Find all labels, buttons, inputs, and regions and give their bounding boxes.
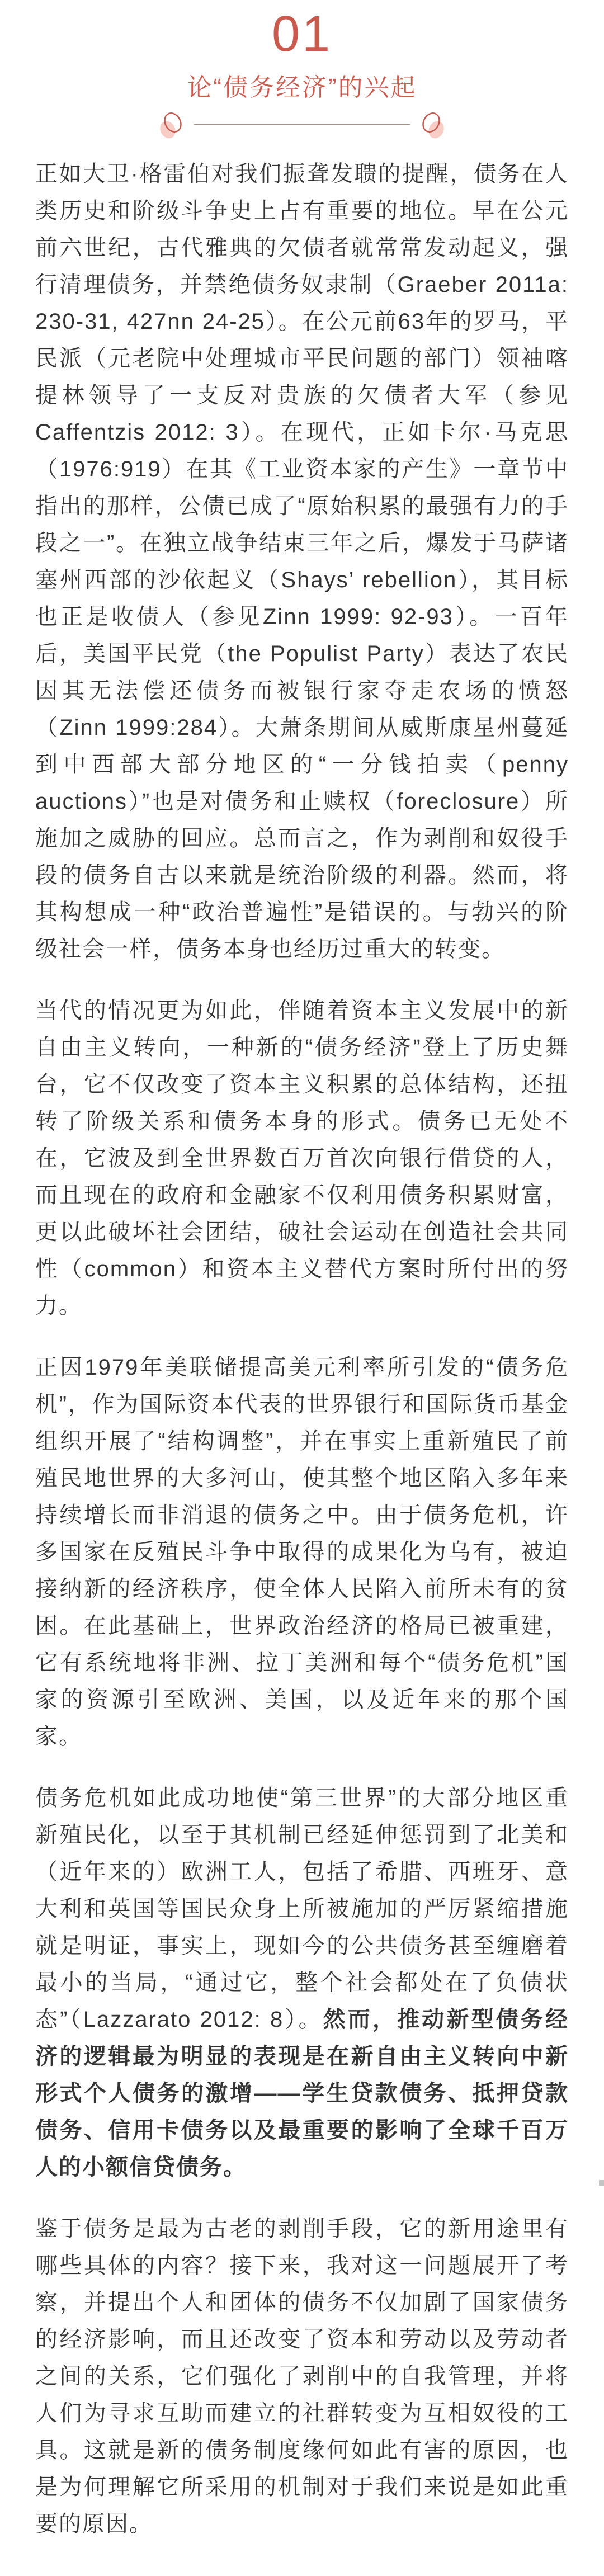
paragraph: 鉴于债务是最为古老的剥削手段，它的新用途里有哪些具体的内容？接下来，我对这一问题… bbox=[35, 2210, 569, 2542]
paragraph: 债务危机如此成功地使“第三世界”的大部分地区重新殖民化，以至于其机制已经延伸惩罚… bbox=[35, 1780, 569, 2186]
article-body: 正如大卫·格雷伯对我们振聋发聩的提醒，债务在人类历史和阶级斗争史上占有重要的地位… bbox=[0, 141, 604, 2576]
paragraph-run: 鉴于债务是最为古老的剥削手段，它的新用途里有哪些具体的内容？接下来，我对这一问题… bbox=[35, 2216, 569, 2536]
paragraph-bold-run: 然而，推动新型债务经济的逻辑最为明显的表现是在新自由主义转向中新形式个人债务的激… bbox=[35, 2007, 569, 2179]
paragraph-run: 正如大卫·格雷伯对我们振聋发聩的提醒，债务在人类历史和阶级斗争史上占有重要的地位… bbox=[35, 162, 569, 961]
paragraph: 正因1979年美联储提高美元利率所引发的“债务危机”，作为国际资本代表的世界银行… bbox=[35, 1349, 569, 1755]
title-divider bbox=[0, 108, 604, 141]
paragraph-run: 正因1979年美联储提高美元利率所引发的“债务危机”，作为国际资本代表的世界银行… bbox=[35, 1355, 569, 1749]
section-number: 01 bbox=[0, 9, 604, 59]
section-title: 论“债务经济”的兴起 bbox=[0, 67, 604, 103]
divider-line bbox=[194, 124, 410, 125]
bean-ornament-left-icon bbox=[156, 108, 185, 141]
paragraph: 当代的情况更为如此，伴随着资本主义发展中的新自由主义转向，一种新的“债务经济”登… bbox=[35, 992, 569, 1324]
paragraph-run: 当代的情况更为如此，伴随着资本主义发展中的新自由主义转向，一种新的“债务经济”登… bbox=[35, 998, 569, 1318]
scrollbar-thumb[interactable] bbox=[599, 2180, 604, 2186]
section-header: 01 论“债务经济”的兴起 bbox=[0, 0, 604, 141]
paragraph: 正如大卫·格雷伯对我们振聋发聩的提醒，债务在人类历史和阶级斗争史上占有重要的地位… bbox=[35, 155, 569, 968]
paragraph-run: 债务危机如此成功地使“第三世界”的大部分地区重新殖民化，以至于其机制已经延伸惩罚… bbox=[35, 1786, 569, 2032]
bean-ornament-right-icon bbox=[419, 108, 448, 141]
